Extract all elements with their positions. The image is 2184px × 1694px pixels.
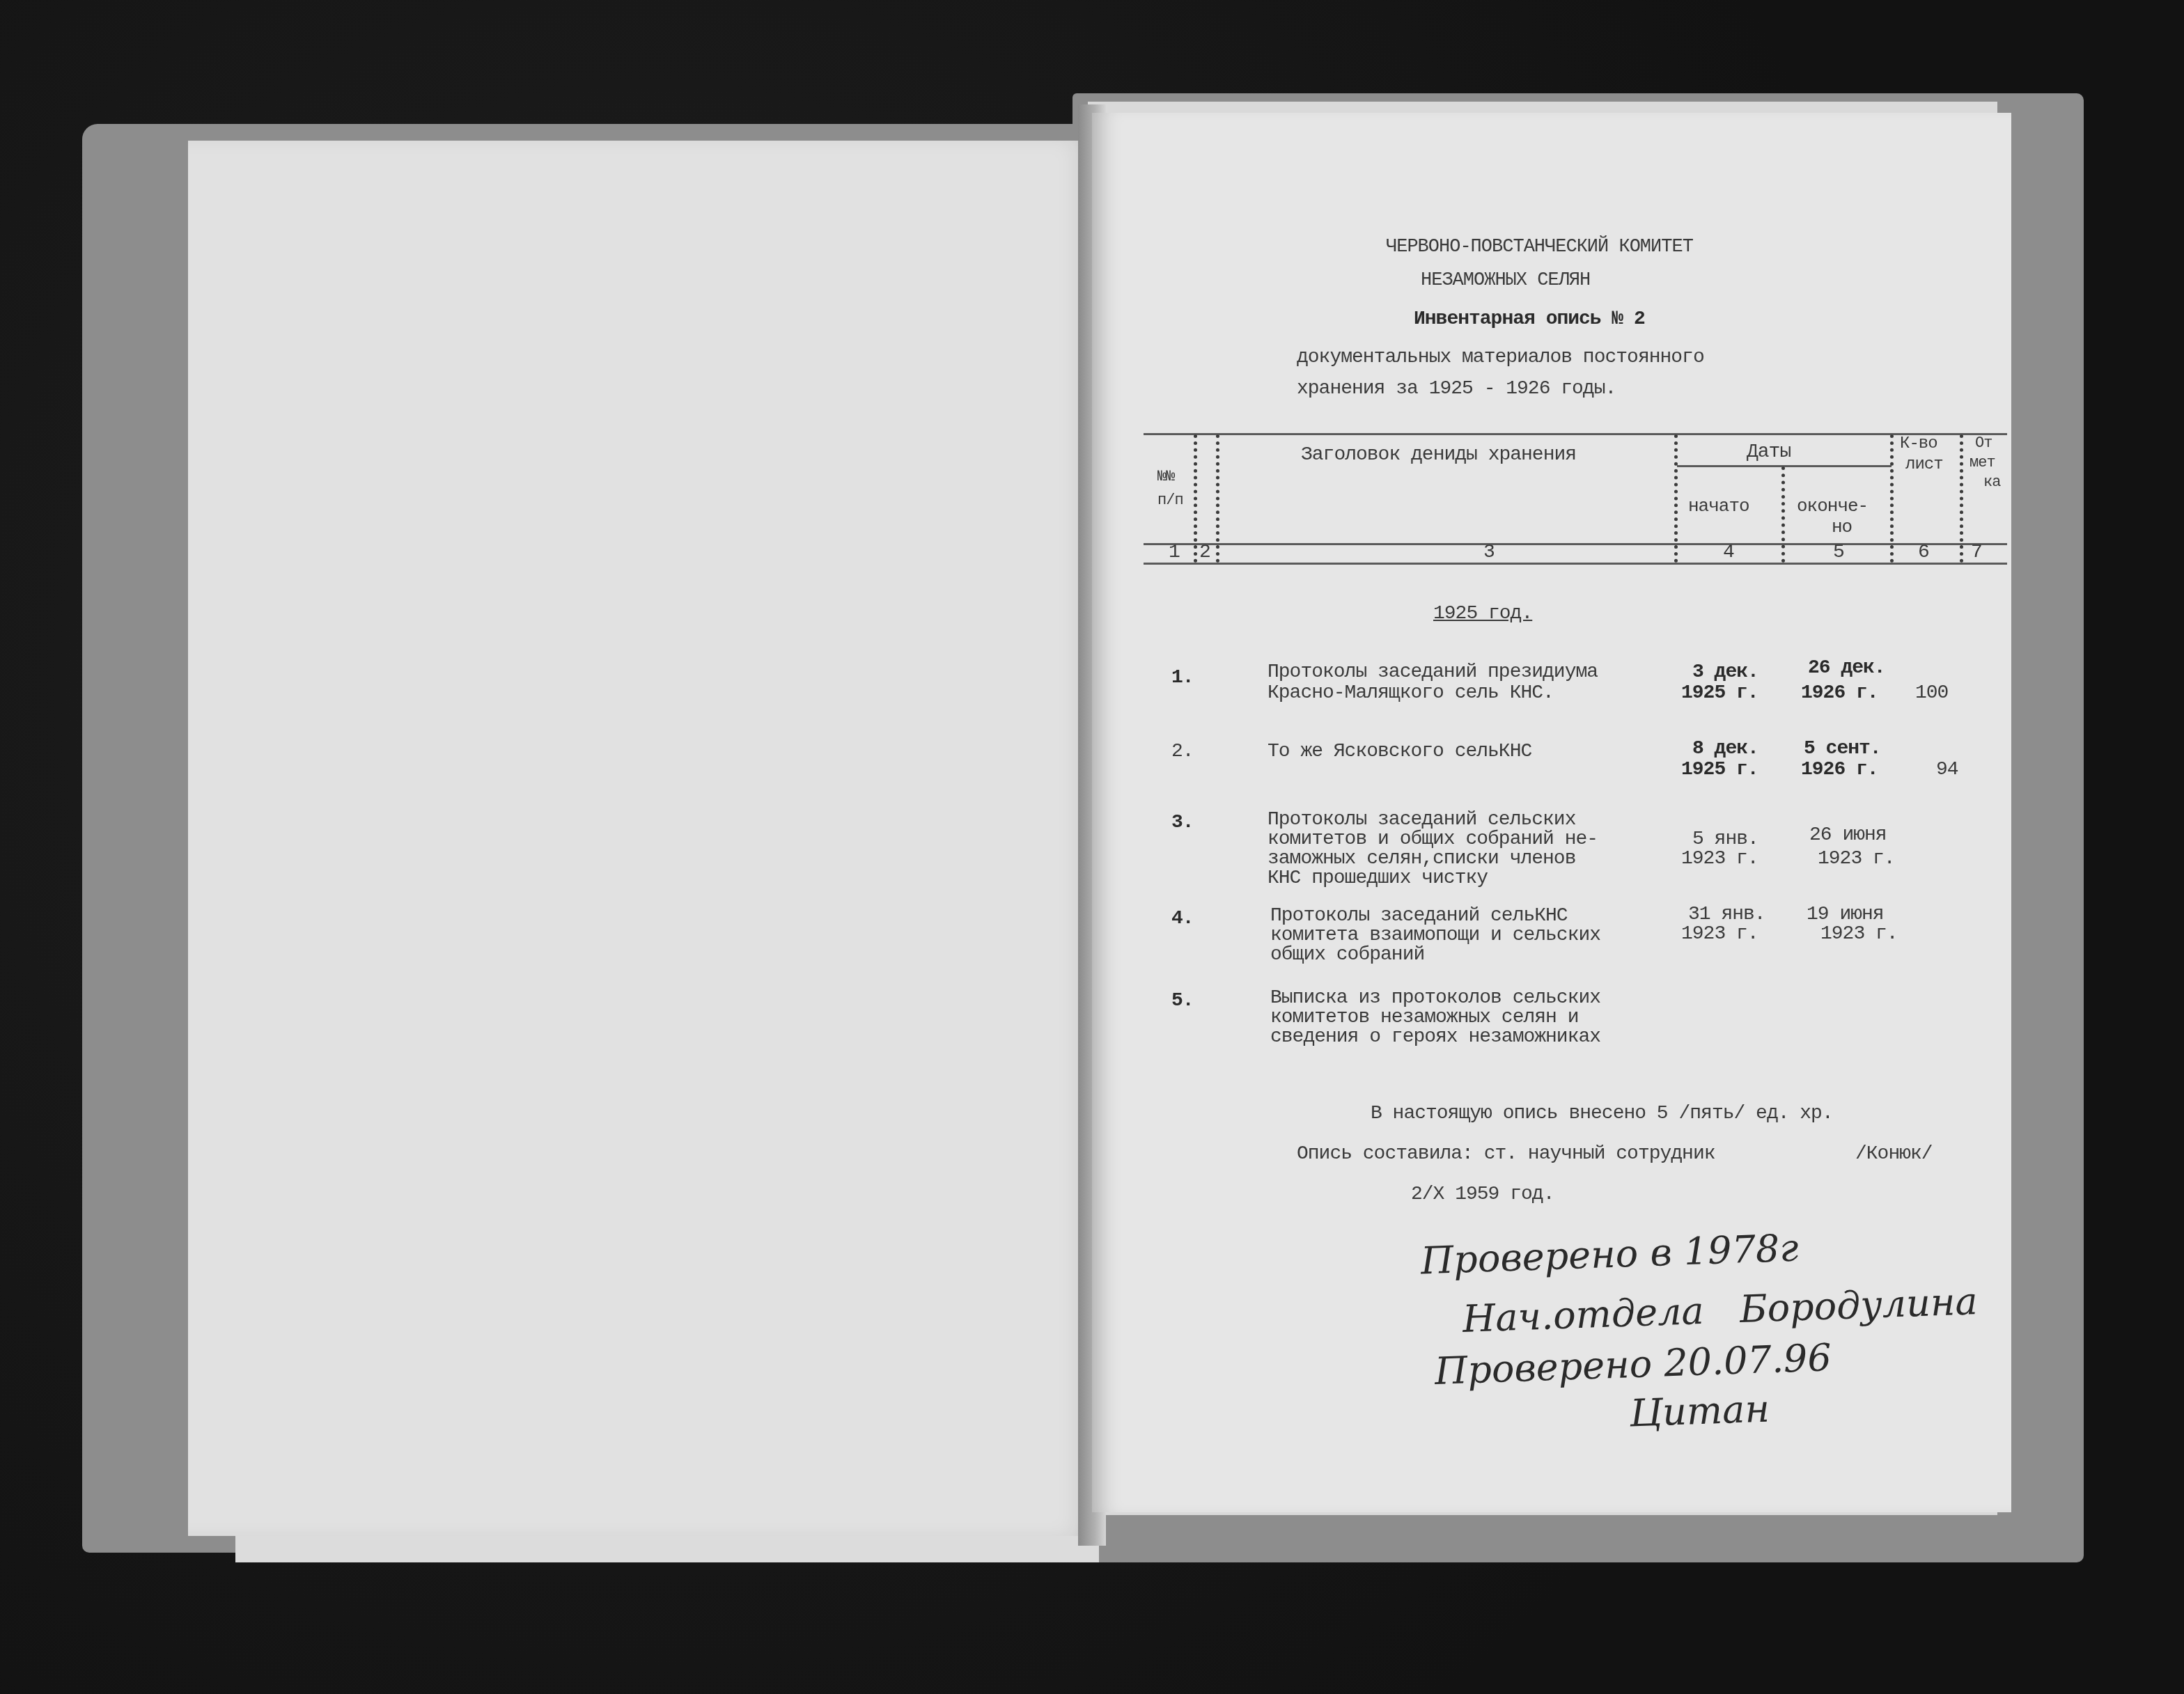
subtitle-line1: документальных материалов постоянного xyxy=(1297,348,1704,368)
row-end-date: 26 июня xyxy=(1809,826,1887,845)
col-sheets-header-line2: лист xyxy=(1905,455,1943,474)
row-start-year: 1925 г. xyxy=(1681,760,1758,780)
row-start-date: 3 дек. xyxy=(1692,663,1758,682)
org-title-line2: НЕЗАМОЖНЫХ СЕЛЯН xyxy=(1421,270,1590,291)
row-start-date: 5 янв. xyxy=(1692,830,1758,849)
row-title-line: сведения о героях незаможниках xyxy=(1270,1028,1600,1047)
row-title-line: Протоколы заседаний сельКНС xyxy=(1270,907,1568,926)
org-title-line1: ЧЕРВОНО-ПОВСТАНЧЕСКИЙ КОМИТЕТ xyxy=(1386,237,1693,258)
row-title-line: заможных селян,списки членов xyxy=(1267,849,1575,869)
col-sheets-header-line1: К-во xyxy=(1900,434,1937,453)
col-num-6: 6 xyxy=(1918,543,1929,563)
col-dates-header: Даты xyxy=(1747,443,1791,462)
row-number: 5. xyxy=(1171,991,1194,1011)
handwritten-signature: Цитан xyxy=(1629,1387,1770,1436)
row-start-date: 31 янв. xyxy=(1688,905,1765,925)
row-title-line: комитетов и общих собраний не- xyxy=(1267,830,1598,849)
row-number: 2. xyxy=(1171,742,1194,762)
col-notes-header-line3: ка xyxy=(1983,473,2000,491)
row-start-year: 1925 г. xyxy=(1681,684,1758,703)
col-start-header: начато xyxy=(1688,496,1749,517)
section-heading-1925: 1925 год. xyxy=(1433,604,1532,624)
row-end-date: 5 сент. xyxy=(1804,739,1881,759)
row-end-year: 1926 г. xyxy=(1801,684,1878,703)
col-num-5: 5 xyxy=(1833,543,1844,563)
col-num-3: 3 xyxy=(1483,543,1495,563)
row-title-line: Протоколы заседаний президиума xyxy=(1267,663,1598,682)
row-end-year: 1923 г. xyxy=(1818,849,1895,869)
row-title-line: комитетов незаможных селян и xyxy=(1270,1008,1578,1028)
row-sheet-count: 94 xyxy=(1936,760,1958,780)
col-end-header-line1: оконче- xyxy=(1797,496,1868,517)
row-title-line: общих собраний xyxy=(1270,946,1424,965)
row-number: 3. xyxy=(1171,813,1194,833)
row-number: 4. xyxy=(1171,909,1194,929)
summary-line: В настоящую опись внесено 5 /пять/ ед. х… xyxy=(1371,1104,1833,1124)
row-start-year: 1923 г. xyxy=(1681,925,1758,944)
row-end-year: 1923 г. xyxy=(1820,925,1898,944)
col-num-1: 1 xyxy=(1169,543,1180,563)
col-notes-header-line1: От xyxy=(1975,434,1992,452)
col-num-7: 7 xyxy=(1971,543,1982,563)
col-number-header: №№ п/п xyxy=(1157,465,1183,512)
row-sheet-count: 100 xyxy=(1915,684,1948,703)
row-start-date: 8 дек. xyxy=(1692,739,1758,759)
row-title-line: То же Ясковского сельКНС xyxy=(1267,742,1531,762)
compiled-by-label: Опись составила: ст. научный сотрудник xyxy=(1297,1145,1715,1164)
left-page xyxy=(188,141,1093,1536)
row-title-line: Красно-Малящкого сель КНС. xyxy=(1267,684,1554,703)
row-title-line: Выписка из протоколов сельских xyxy=(1270,989,1600,1008)
row-title-line: комитета взаимопощи и сельских xyxy=(1270,926,1600,946)
row-title-line: КНС прошедших чистку xyxy=(1267,869,1488,888)
col-num-2: 2 xyxy=(1199,543,1210,563)
col-title-header: Заголовок дениды хранения xyxy=(1301,446,1576,465)
compiled-date: 2/X 1959 год. xyxy=(1411,1185,1554,1205)
row-start-year: 1923 г. xyxy=(1681,849,1758,869)
row-title-line: Протоколы заседаний сельских xyxy=(1267,810,1575,830)
row-end-year: 1926 г. xyxy=(1801,760,1878,780)
row-end-date: 26 дек. xyxy=(1808,659,1885,678)
row-number: 1. xyxy=(1171,668,1194,688)
doc-title: Инвентарная опись № 2 xyxy=(1414,310,1645,329)
compiled-by-name: /Конюк/ xyxy=(1855,1145,1933,1164)
col-notes-header-line2: мет xyxy=(1969,454,1995,471)
col-end-header-line2: но xyxy=(1832,517,1852,538)
row-end-date: 19 июня xyxy=(1807,905,1884,925)
subtitle-line2: хранения за 1925 - 1926 годы. xyxy=(1297,379,1616,399)
col-num-4: 4 xyxy=(1723,543,1734,563)
